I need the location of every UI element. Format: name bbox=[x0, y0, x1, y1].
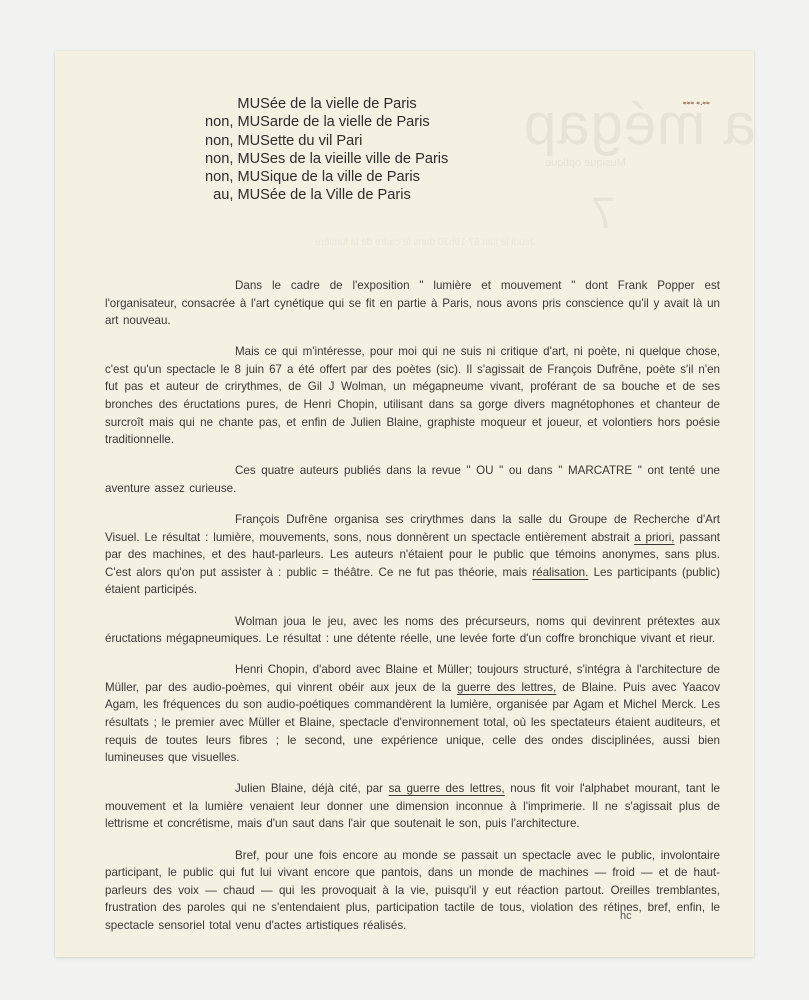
text-run: Ces quatre auteurs publiés dans la revue… bbox=[105, 464, 720, 495]
show-through-subtitle: Musique optique bbox=[545, 157, 626, 169]
paragraph: Wolman joua le jeu, avec les noms des pr… bbox=[105, 613, 720, 648]
underlined-text: a priori, bbox=[634, 531, 674, 544]
poem-line: au, MUSée de la Ville de Paris bbox=[205, 186, 448, 204]
paragraph: Dans le cadre de l'exposition " lumière … bbox=[105, 277, 720, 330]
paragraph: Julien Blaine, déjà cité, par sa guerre … bbox=[105, 780, 720, 833]
underlined-text: réalisation. bbox=[532, 566, 588, 579]
poem-line: non, MUSarde de la vielle de Paris bbox=[205, 113, 448, 131]
text-run: François Dufrêne organisa ses crirythmes… bbox=[105, 513, 720, 544]
paragraph: Mais ce qui m'intéresse, pour moi qui ne… bbox=[105, 343, 720, 449]
paragraph: Ces quatre auteurs publiés dans la revue… bbox=[105, 462, 720, 497]
poem: MUSée de la vielle de Paris non, MUSarde… bbox=[205, 95, 448, 205]
text-run: Dans le cadre de l'exposition " lumière … bbox=[105, 279, 720, 327]
paragraph: Henri Chopin, d'abord avec Blaine et Mül… bbox=[105, 661, 720, 767]
poem-line: MUSée de la vielle de Paris bbox=[205, 95, 448, 113]
underlined-text: guerre des lettres, bbox=[457, 681, 556, 694]
document-page: la mégap Musique optique 7 Jeudi le juin… bbox=[55, 51, 754, 957]
text-run: Wolman joua le jeu, avec les noms des pr… bbox=[105, 615, 720, 646]
body-text: Dans le cadre de l'exposition " lumière … bbox=[105, 277, 720, 948]
paragraph: François Dufrêne organisa ses crirythmes… bbox=[105, 511, 720, 599]
pencil-annotation: ≈≈≈ ≈.≈≈ bbox=[683, 101, 710, 107]
text-run: Julien Blaine, déjà cité, par bbox=[235, 782, 389, 795]
poem-line: non, MUSique de la ville de Paris bbox=[205, 168, 448, 186]
poem-line: non, MUSette du vil Pari bbox=[205, 132, 448, 150]
show-through-title: la mégap bbox=[523, 91, 754, 158]
show-through-number: 7 bbox=[591, 189, 615, 239]
show-through-line: Jeudi le juin 67 19h30 dans le cadre de … bbox=[315, 237, 535, 248]
underlined-text: sa guerre des lettres, bbox=[389, 782, 505, 795]
text-run: Mais ce qui m'intéresse, pour moi qui ne… bbox=[105, 345, 720, 446]
signature: hc bbox=[620, 910, 632, 922]
poem-line: non, MUSes de la vieille ville de Paris bbox=[205, 150, 448, 168]
